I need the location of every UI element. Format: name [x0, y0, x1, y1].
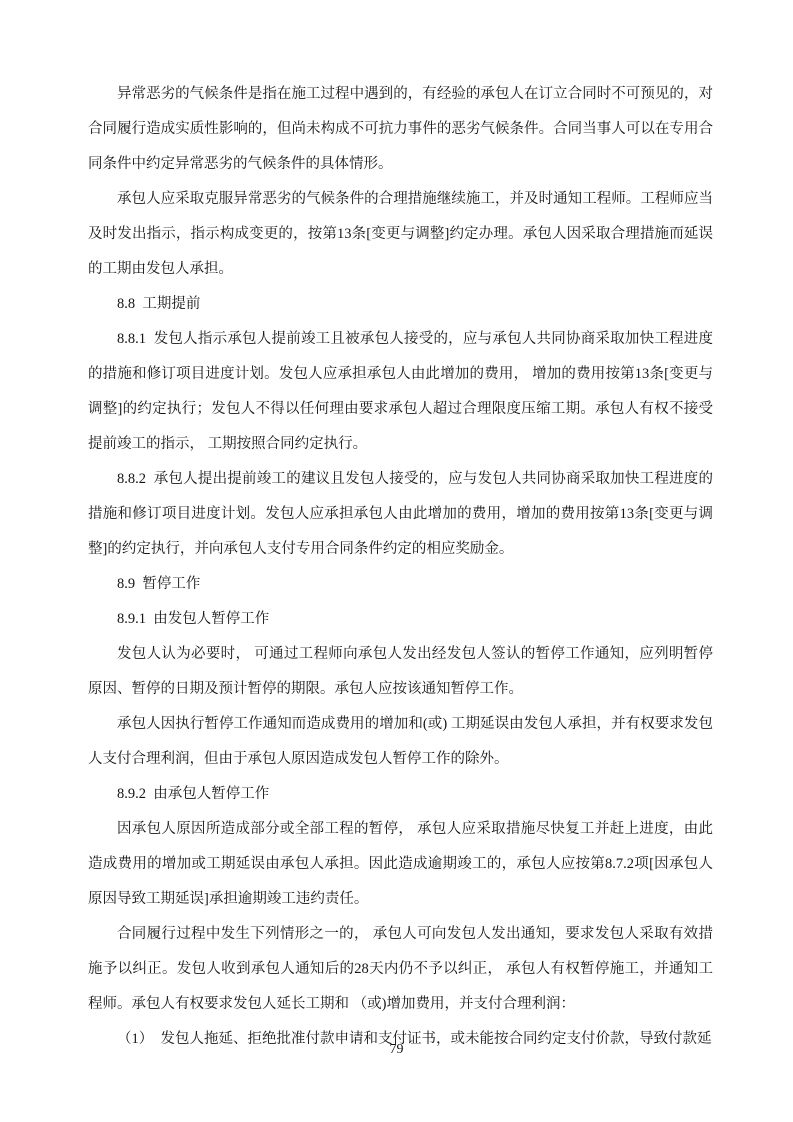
- paragraph-contractor-suspension: 因承包人原因所造成部分或全部工程的暂停， 承包人应采取措施尽快复工并赶上进度，由…: [88, 812, 713, 917]
- section-heading-8-8: 8.8 工期提前: [88, 287, 713, 322]
- paragraph-employer-suspension-cost: 承包人因执行暂停工作通知而造成费用的增加和(或) 工期延误由发包人承担，并有权要…: [88, 707, 713, 777]
- section-heading-8-9-1: 8.9.1 由发包人暂停工作: [88, 602, 713, 637]
- clause-8-8-2: 8.8.2 承包人提出提前竣工的建议且发包人接受的，应与发包人共同协商采取加快工…: [88, 462, 713, 567]
- paragraph-contract-performance-notice: 合同履行过程中发生下列情形之一的， 承包人可向发包人发出通知，要求发包人采取有效…: [88, 917, 713, 1022]
- document-body: 异常恶劣的气候条件是指在施工过程中遇到的，有经验的承包人在订立合同时不可预见的，…: [88, 77, 713, 1057]
- paragraph-abnormal-weather-measures: 承包人应采取克服异常恶劣的气候条件的合理措施继续施工，并及时通知工程师。工程师应…: [88, 182, 713, 287]
- document-page: 异常恶劣的气候条件是指在施工过程中遇到的，有经验的承包人在订立合同时不可预见的，…: [0, 0, 793, 1122]
- section-heading-8-9: 8.9 暂停工作: [88, 567, 713, 602]
- page-number: 79: [0, 1040, 793, 1060]
- section-heading-8-9-2: 8.9.2 由承包人暂停工作: [88, 777, 713, 812]
- paragraph-abnormal-weather-definition: 异常恶劣的气候条件是指在施工过程中遇到的，有经验的承包人在订立合同时不可预见的，…: [88, 77, 713, 182]
- clause-8-8-1: 8.8.1 发包人指示承包人提前竣工且被承包人接受的，应与承包人共同协商采取加快…: [88, 322, 713, 462]
- paragraph-employer-suspension-notice: 发包人认为必要时， 可通过工程师向承包人发出经发包人签认的暂停工作通知，应列明暂…: [88, 637, 713, 707]
